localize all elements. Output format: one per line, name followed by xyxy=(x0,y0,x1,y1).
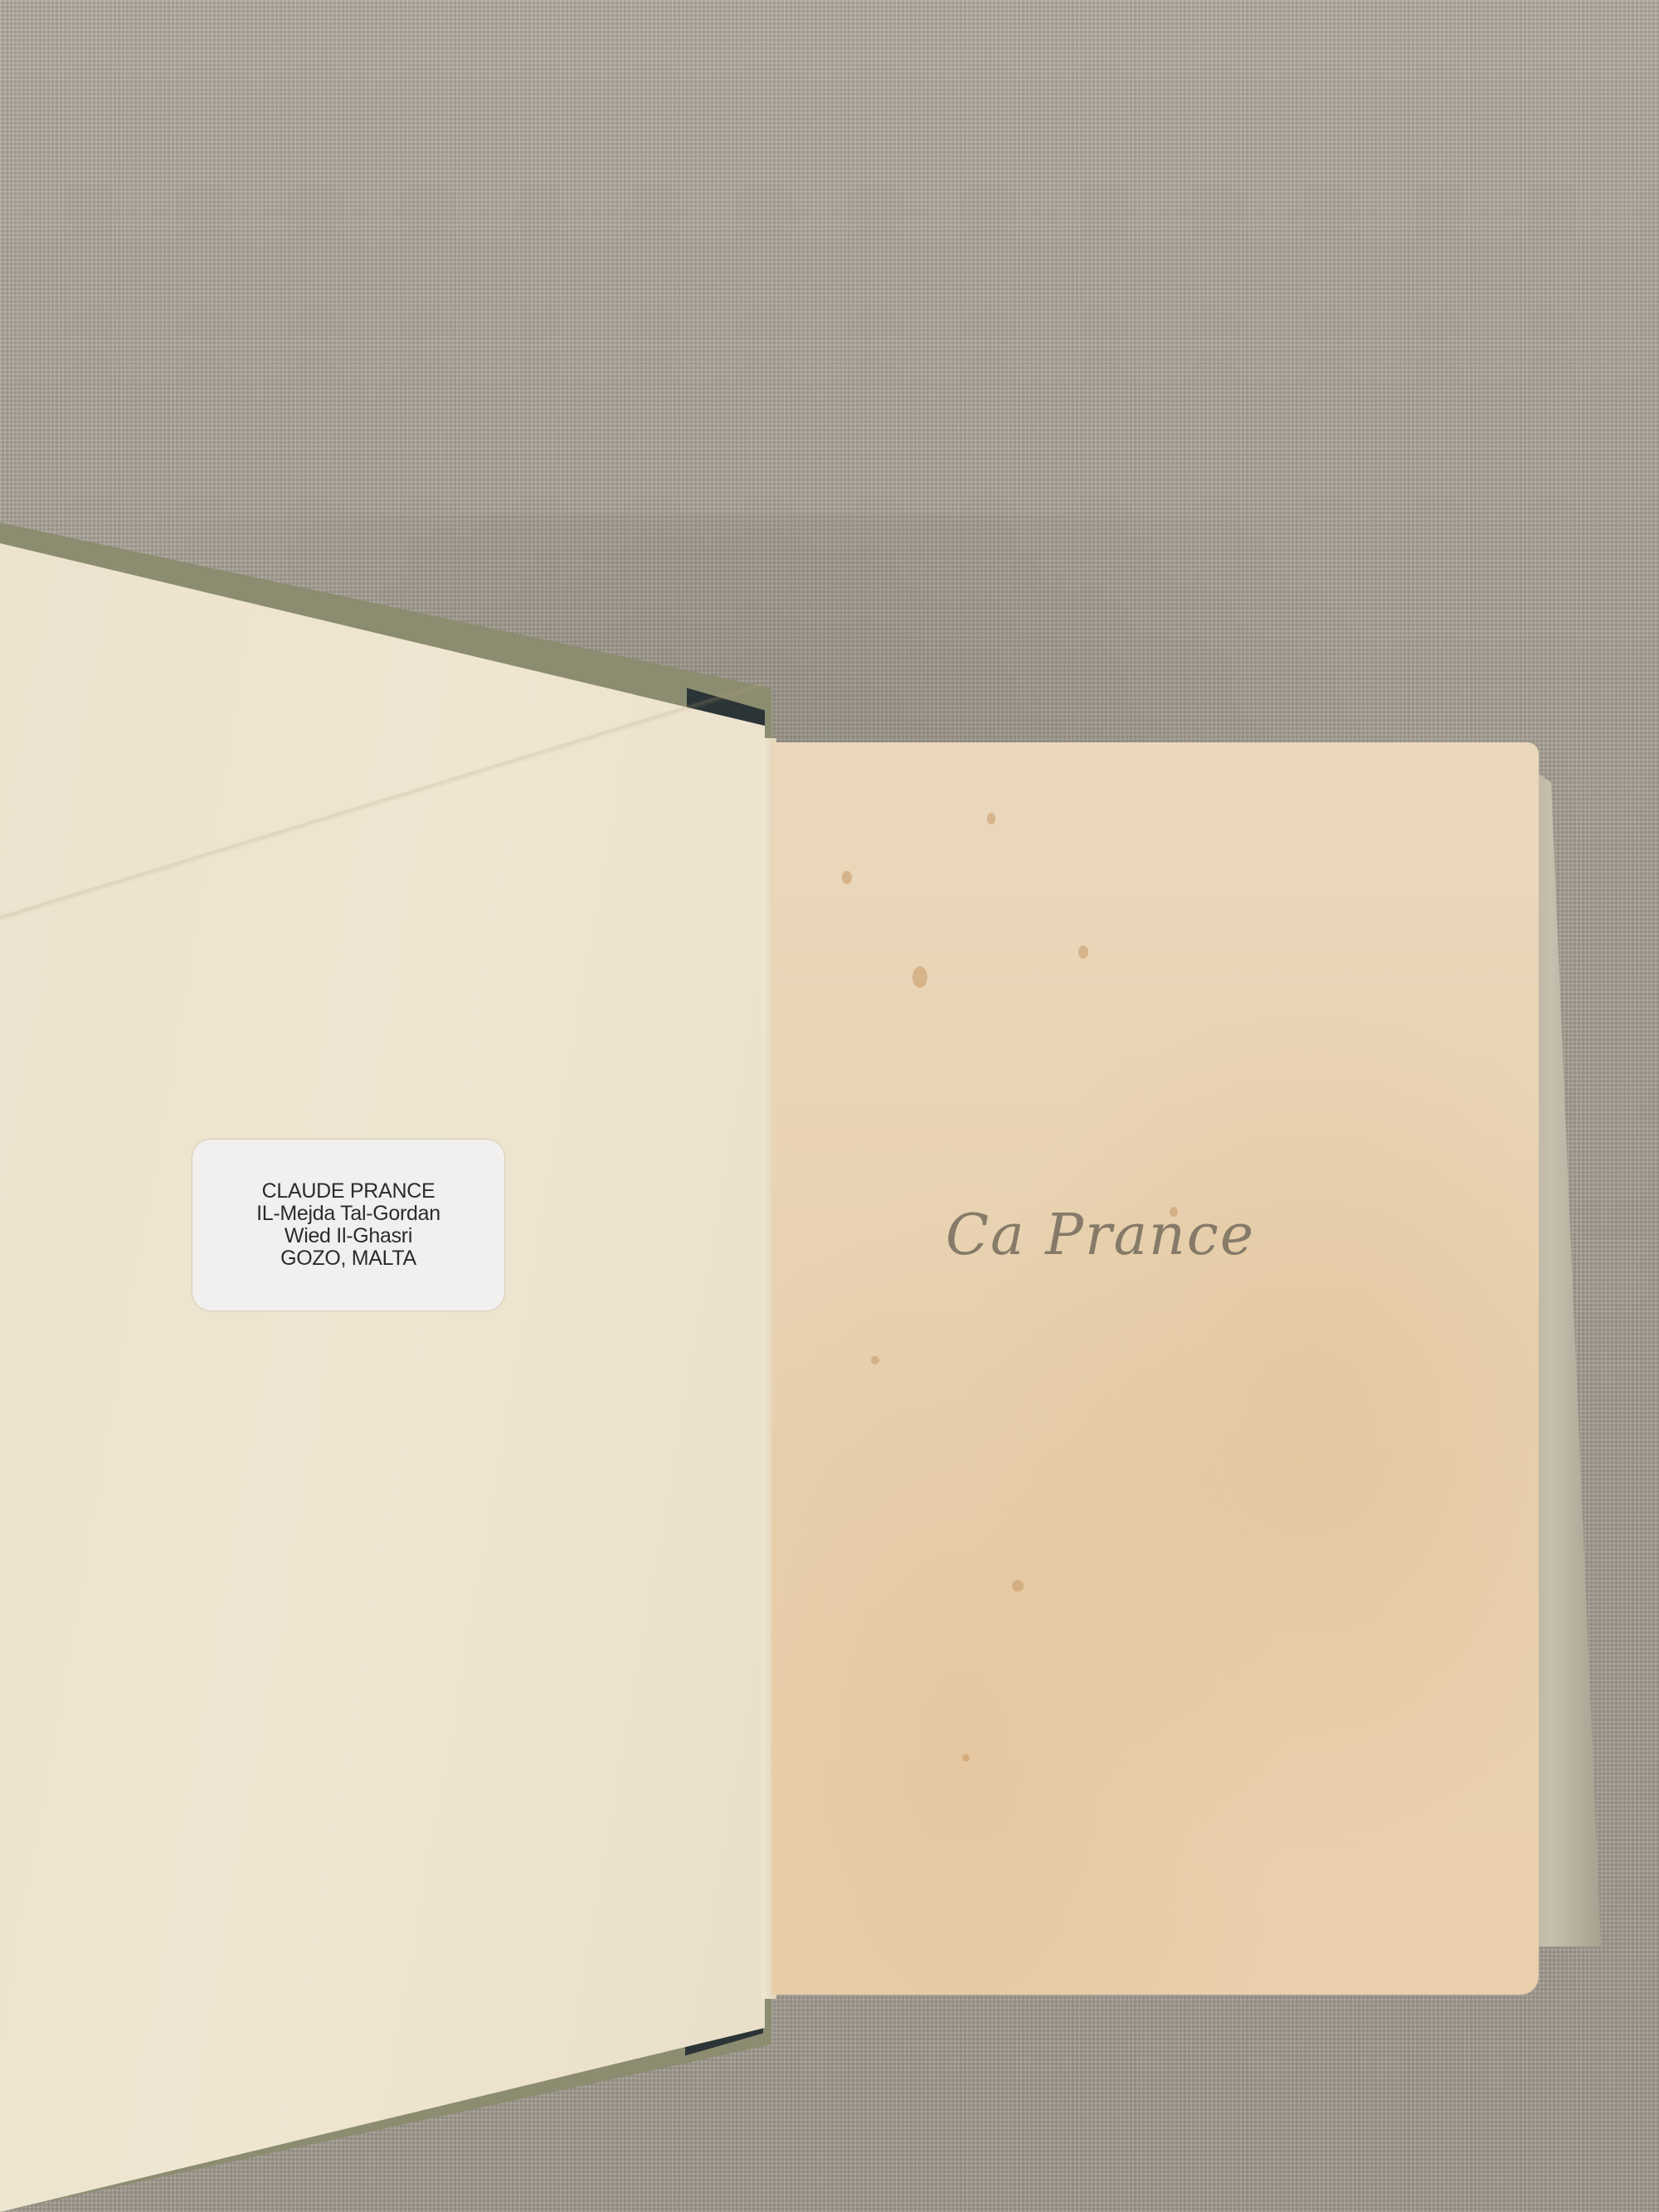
foxing-spot xyxy=(1012,1580,1024,1592)
address-line-house: IL-Mejda Tal-Gordan xyxy=(256,1203,440,1225)
right-flyleaf-page xyxy=(771,742,1539,1995)
pencil-signature: Ca Prance xyxy=(946,1203,1311,1294)
foxing-spot xyxy=(1078,946,1088,959)
address-line-street: Wied Il-Ghasri xyxy=(285,1225,412,1247)
foxing-spot xyxy=(962,1754,970,1762)
foxing-spot xyxy=(987,813,995,824)
address-line-name: CLAUDE PRANCE xyxy=(262,1180,435,1203)
foxing-spot xyxy=(912,966,927,988)
address-line-locality: GOZO, MALTA xyxy=(280,1247,416,1270)
left-endpaper xyxy=(0,543,765,2212)
address-label: CLAUDE PRANCE IL-Mejda Tal-Gordan Wied I… xyxy=(192,1140,504,1310)
foxing-spot xyxy=(871,1356,879,1364)
foxing-spot xyxy=(842,871,852,884)
